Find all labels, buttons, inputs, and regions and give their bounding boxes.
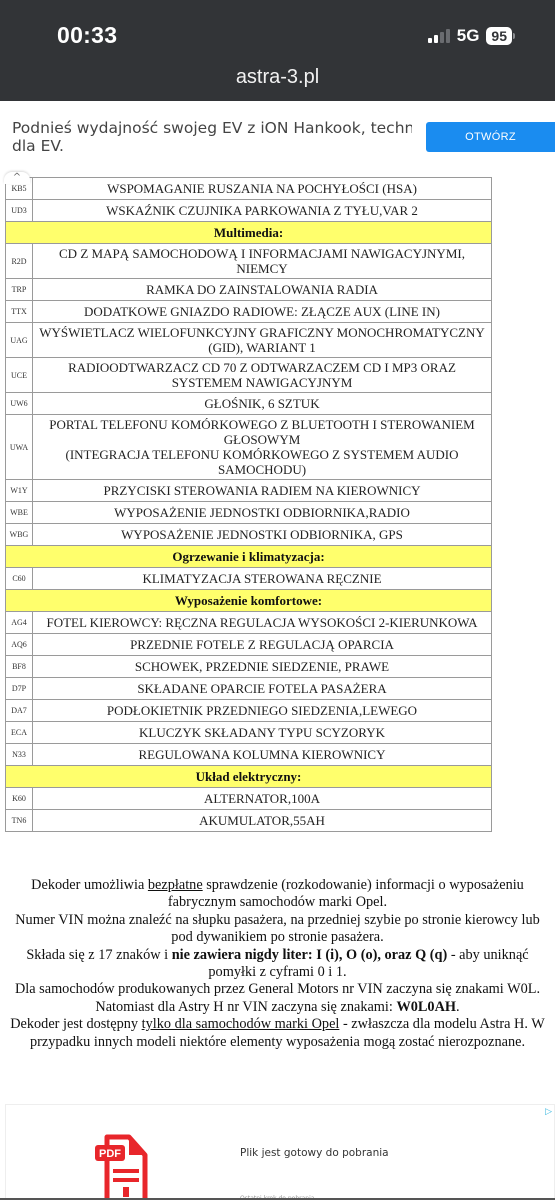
section-title: Ogrzewanie i klimatyzacja: <box>6 546 492 568</box>
option-code: ECA <box>6 722 33 744</box>
browser-chrome: 00:33 5G 95 astra-3.pl <box>0 0 555 101</box>
option-description: KLUCZYK SKŁADANY TYPU SCYZORYK <box>33 722 492 744</box>
option-description: PRZEDNIE FOTELE Z REGULACJĄ OPARCIA <box>33 634 492 656</box>
option-code: D7P <box>6 678 33 700</box>
table-row: UW6GŁOŚNIK, 6 SZTUK <box>6 393 492 415</box>
battery-level: 95 <box>486 27 512 45</box>
option-description: PODŁOKIETNIK PRZEDNIEGO SIEDZENIA,LEWEGO <box>33 700 492 722</box>
table-row: UCERADIOODTWARZACZ CD 70 Z ODTWARZACZEM … <box>6 358 492 393</box>
option-description: DODATKOWE GNIAZDO RADIOWE: ZŁĄCZE AUX (L… <box>33 301 492 323</box>
option-description: AKUMULATOR,55AH <box>33 810 492 832</box>
table-row: D7PSKŁADANE OPARCIE FOTELA PASAŻERA <box>6 678 492 700</box>
option-code: N33 <box>6 744 33 766</box>
adchoices-icon[interactable]: ▷ <box>545 1107 552 1117</box>
section-title: Układ elektryczny: <box>6 766 492 788</box>
option-description: KLIMATYZACJA STEROWANA RĘCZNIE <box>33 568 492 590</box>
option-code: AQ6 <box>6 634 33 656</box>
ad-title[interactable]: Plik jest gotowy do pobrania <box>240 1147 389 1159</box>
option-code: K60 <box>6 788 33 810</box>
option-code: R2D <box>6 244 33 279</box>
section-header: Multimedia: <box>6 222 492 244</box>
option-code: W1Y <box>6 480 33 502</box>
table-row: AG4FOTEL KIEROWCY: RĘCZNA REGULACJA WYSO… <box>6 612 492 634</box>
option-description: RADIOODTWARZACZ CD 70 Z ODTWARZACZEM CD … <box>33 358 492 393</box>
network-type: 5G <box>457 26 480 46</box>
option-code: TTX <box>6 301 33 323</box>
pdf-download-icon: PDF <box>93 1133 149 1200</box>
table-row: WBEWYPOSAŻENIE JEDNOSTKI ODBIORNIKA,RADI… <box>6 502 492 524</box>
section-header: Ogrzewanie i klimatyzacja: <box>6 546 492 568</box>
ad-banner-top[interactable]: Podnieś wydajność swojeg EV z iON Hankoo… <box>0 101 555 169</box>
table-row: TN6AKUMULATOR,55AH <box>6 810 492 832</box>
option-description: WYPOSAŻENIE JEDNOSTKI ODBIORNIKA, GPS <box>33 524 492 546</box>
option-code: UCE <box>6 358 33 393</box>
option-code: DA7 <box>6 700 33 722</box>
status-time: 00:33 <box>57 22 117 49</box>
table-row: BF8SCHOWEK, PRZEDNIE SIEDZENIE, PRAWE <box>6 656 492 678</box>
decoder-description: Dekoder umożliwia bezpłatne sprawdzenie … <box>0 877 555 1051</box>
option-code: UD3 <box>6 200 33 222</box>
option-description: REGULOWANA KOLUMNA KIEROWNICY <box>33 744 492 766</box>
table-row: K60ALTERNATOR,100A <box>6 788 492 810</box>
status-indicators: 5G 95 <box>428 26 515 46</box>
option-code: AG4 <box>6 612 33 634</box>
option-description: SCHOWEK, PRZEDNIE SIEDZENIE, PRAWE <box>33 656 492 678</box>
option-code: C60 <box>6 568 33 590</box>
option-description: SKŁADANE OPARCIE FOTELA PASAŻERA <box>33 678 492 700</box>
option-code: TRP <box>6 279 33 301</box>
table-row: TTXDODATKOWE GNIAZDO RADIOWE: ZŁĄCZE AUX… <box>6 301 492 323</box>
table-row: ECAKLUCZYK SKŁADANY TYPU SCYZORYK <box>6 722 492 744</box>
table-row: WBGWYPOSAŻENIE JEDNOSTKI ODBIORNIKA, GPS <box>6 524 492 546</box>
ad-text[interactable]: Podnieś wydajność swojeg EV z iON Hankoo… <box>12 119 412 155</box>
option-code: BF8 <box>6 656 33 678</box>
option-description: ALTERNATOR,100A <box>33 788 492 810</box>
table-row: W1YPRZYCISKI STEROWANIA RADIEM NA KIEROW… <box>6 480 492 502</box>
option-code: UWA <box>6 415 33 480</box>
table-row: UAGWYŚWIETLACZ WIELOFUNKCYJNY GRAFICZNY … <box>6 323 492 358</box>
signal-strength-icon <box>428 29 450 43</box>
option-description: FOTEL KIEROWCY: RĘCZNA REGULACJA WYSOKOŚ… <box>33 612 492 634</box>
free-link[interactable]: bezpłatne <box>148 877 203 893</box>
option-description: WYŚWIETLACZ WIELOFUNKCYJNY GRAFICZNY MON… <box>33 323 492 358</box>
option-description: WYPOSAŻENIE JEDNOSTKI ODBIORNIKA,RADIO <box>33 502 492 524</box>
table-row: UD3WSKAŹNIK CZUJNIKA PARKOWANIA Z TYŁU,V… <box>6 200 492 222</box>
option-code: TN6 <box>6 810 33 832</box>
address-bar[interactable]: astra-3.pl <box>0 66 555 89</box>
table-row: AQ6PRZEDNIE FOTELE Z REGULACJĄ OPARCIA <box>6 634 492 656</box>
section-header: Układ elektryczny: <box>6 766 492 788</box>
table-row: TRPRAMKA DO ZAINSTALOWANIA RADIA <box>6 279 492 301</box>
option-description: PRZYCISKI STEROWANIA RADIEM NA KIEROWNIC… <box>33 480 492 502</box>
ad-open-button[interactable]: OTWÓRZ <box>426 122 555 152</box>
equipment-table: KB5WSPOMAGANIE RUSZANIA NA POCHYŁOŚCI (H… <box>5 177 492 832</box>
table-row: N33REGULOWANA KOLUMNA KIEROWNICY <box>6 744 492 766</box>
battery-icon: 95 <box>486 27 515 45</box>
option-code: UAG <box>6 323 33 358</box>
section-title: Wyposażenie komfortowe: <box>6 590 492 612</box>
table-row: C60KLIMATYZACJA STEROWANA RĘCZNIE <box>6 568 492 590</box>
section-title: Multimedia: <box>6 222 492 244</box>
opel-only-link[interactable]: tylko dla samochodów marki Opel <box>142 1016 340 1032</box>
option-code: WBE <box>6 502 33 524</box>
option-description: WSKAŹNIK CZUJNIKA PARKOWANIA Z TYŁU,VAR … <box>33 200 492 222</box>
option-description: RAMKA DO ZAINSTALOWANIA RADIA <box>33 279 492 301</box>
table-row: R2DCD Z MAPĄ SAMOCHODOWĄ I INFORMACJAMI … <box>6 244 492 279</box>
ad-banner-bottom[interactable]: ▷ PDF Plik jest gotowy do pobrania Ostat… <box>5 1104 555 1200</box>
option-description: WSPOMAGANIE RUSZANIA NA POCHYŁOŚCI (HSA) <box>33 178 492 200</box>
section-header: Wyposażenie komfortowe: <box>6 590 492 612</box>
option-code: WBG <box>6 524 33 546</box>
table-row: KB5WSPOMAGANIE RUSZANIA NA POCHYŁOŚCI (H… <box>6 178 492 200</box>
option-code: UW6 <box>6 393 33 415</box>
svg-text:PDF: PDF <box>99 1148 121 1160</box>
option-description: CD Z MAPĄ SAMOCHODOWĄ I INFORMACJAMI NAW… <box>33 244 492 279</box>
collapse-ad-chevron-icon[interactable]: ^ <box>4 172 30 184</box>
table-row: UWAPORTAL TELEFONU KOMÓRKOWEGO Z BLUETOO… <box>6 415 492 480</box>
table-row: DA7PODŁOKIETNIK PRZEDNIEGO SIEDZENIA,LEW… <box>6 700 492 722</box>
option-description: GŁOŚNIK, 6 SZTUK <box>33 393 492 415</box>
option-description: PORTAL TELEFONU KOMÓRKOWEGO Z BLUETOOTH … <box>33 415 492 480</box>
